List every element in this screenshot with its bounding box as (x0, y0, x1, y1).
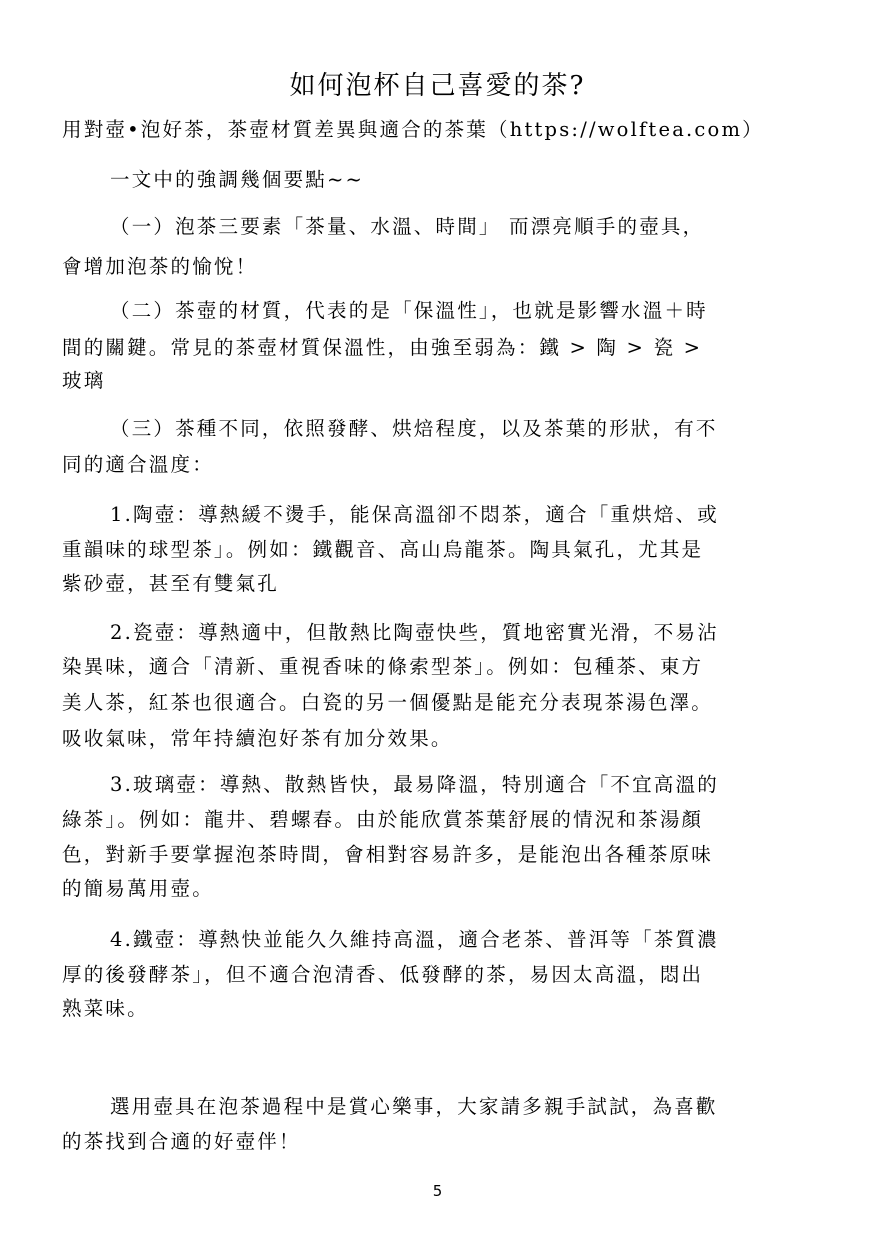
subtitle-source-line: 用對壺•泡好茶，茶壺材質差異與適合的茶葉（https://wolftea.com… (62, 115, 764, 145)
paragraph-line: 熟菜味。 (62, 994, 149, 1024)
paragraph-line: （三）茶種不同，依照發酵、烘焙程度，以及茶葉的形狀，有不 (110, 414, 718, 444)
paragraph-line: 色，對新手要掌握泡茶時間，會相對容易許多，是能泡出各種茶原味 (62, 840, 713, 870)
paragraph-line: 同的適合溫度： (62, 450, 214, 480)
paragraph-line: 的茶找到合適的好壺伴！ (62, 1127, 301, 1157)
paragraph-line: （一）泡茶三要素「茶量、水溫、時間」 而漂亮順手的壺具， (110, 212, 704, 242)
paragraph-line: 綠茶」。例如：龍井、碧螺春。由於能欣賞茶葉舒展的情況和茶湯顏 (62, 805, 703, 835)
paragraph-line: 厚的後發酵茶」，但不適合泡清香、低發酵的茶，易因太高溫，悶出 (62, 960, 703, 990)
paragraph-line: 會增加泡茶的愉悅！ (62, 252, 257, 282)
paragraph-line: 1.陶壺：導熱緩不燙手，能保高溫卻不悶茶，適合「重烘焙、或 (110, 500, 719, 530)
page-number: 5 (0, 1182, 875, 1200)
paragraph-line: 2.瓷壺：導熱適中，但散熱比陶壺快些，質地密實光滑，不易沾 (110, 618, 719, 648)
paragraph-line: 玻璃 (62, 366, 105, 396)
paragraph-line: 的簡易萬用壺。 (62, 874, 214, 904)
paragraph-line: 選用壺具在泡茶過程中是賞心樂事，大家請多親手試試，為喜歡 (110, 1092, 718, 1122)
paragraph-line: 美人茶，紅茶也很適合。白瓷的另一個優點是能充分表現茶湯色澤。 (62, 688, 713, 718)
paragraph-line: 間的關鍵。常見的茶壺材質保溫性，由強至弱為：鐵 > 陶 > 瓷 > (62, 333, 702, 363)
paragraph-line: 4.鐵壺：導熱快並能久久維持高溫，適合老茶、普洱等「茶質濃 (110, 925, 719, 955)
paragraph-line: 吸收氣味，常年持續泡好茶有加分效果。 (62, 724, 453, 754)
page-title: 如何泡杯自己喜愛的茶? (0, 66, 875, 106)
paragraph-line: （二）茶壺的材質，代表的是「保溫性」，也就是影響水溫＋時 (110, 296, 708, 326)
paragraph-line: 染異味，適合「清新、重視香味的條索型茶」。例如：包種茶、東方 (62, 652, 703, 682)
document-page: 如何泡杯自己喜愛的茶? 用對壺•泡好茶，茶壺材質差異與適合的茶葉（https:/… (0, 0, 875, 1240)
intro-line: 一文中的強調幾個要點~~ (110, 165, 364, 195)
paragraph-line: 紫砂壺，甚至有雙氣孔 (62, 569, 279, 599)
paragraph-line: 重韻味的球型茶」。例如：鐵觀音、高山烏龍茶。陶具氣孔，尤其是 (62, 535, 703, 565)
paragraph-line: 3.玻璃壺：導熱、散熱皆快，最易降溫，特別適合「不宜高溫的 (110, 770, 719, 800)
